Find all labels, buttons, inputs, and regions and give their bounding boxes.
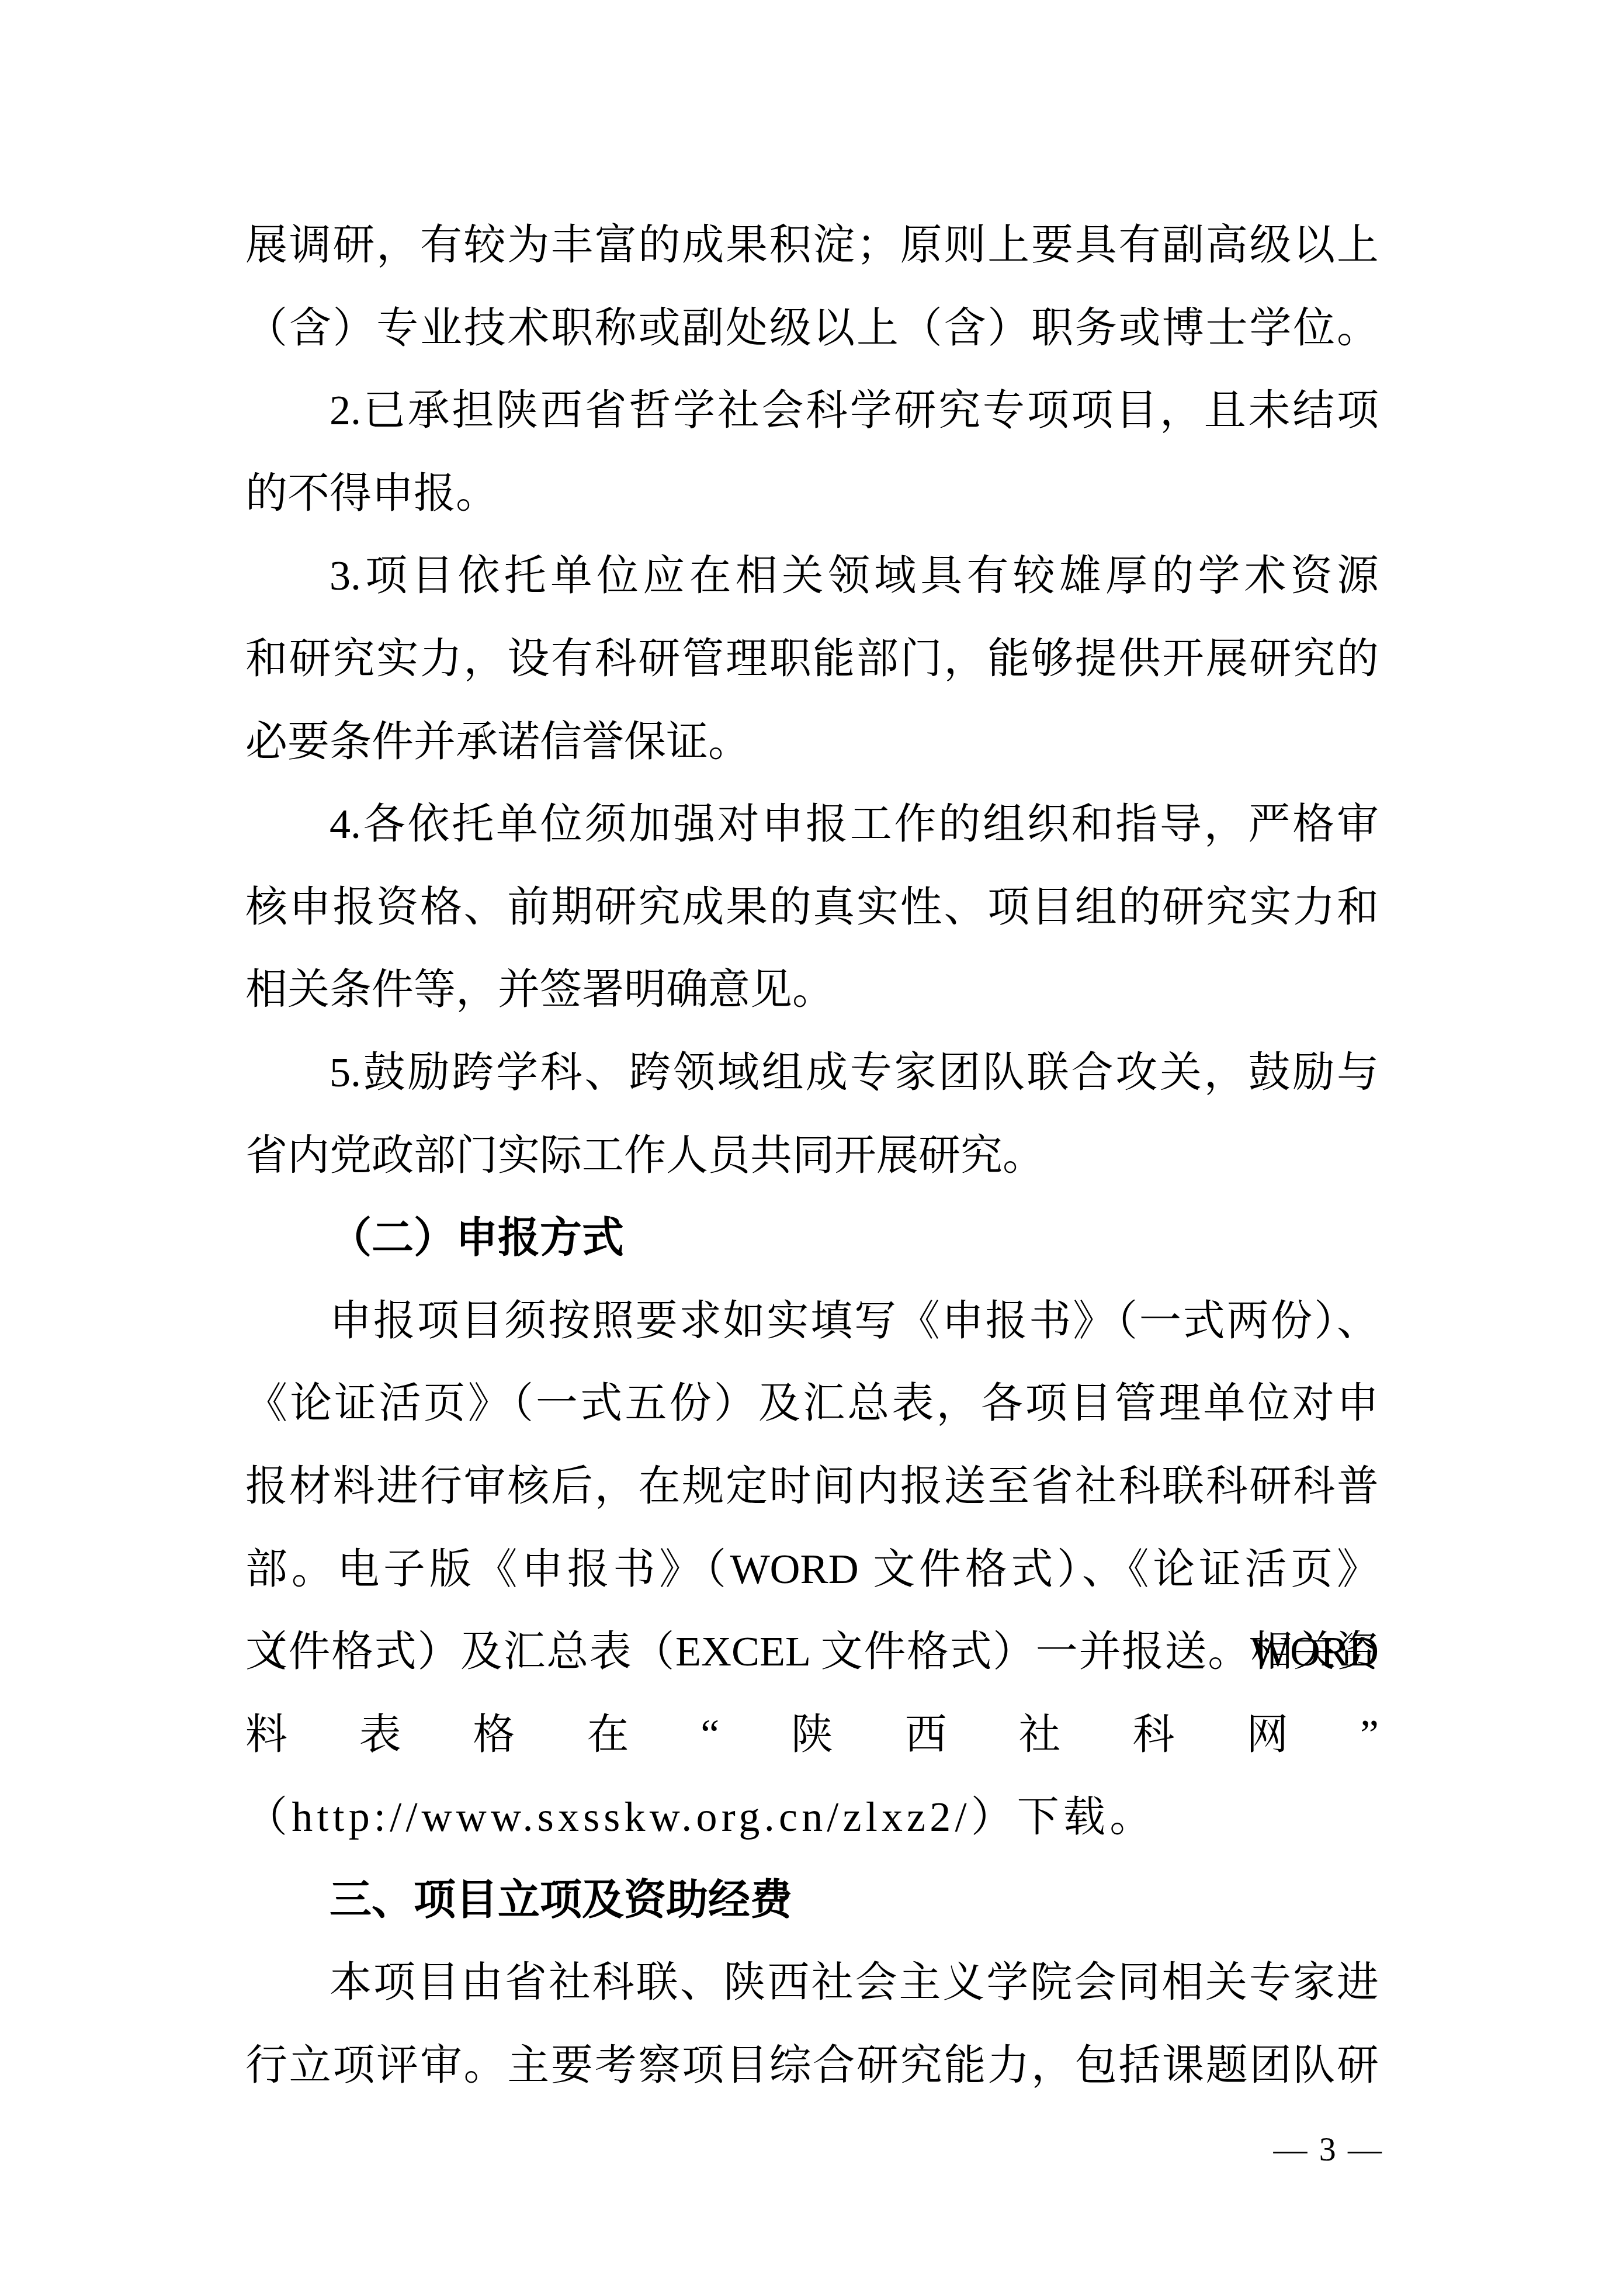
text-line: 文件格式）及汇总表（EXCEL 文件格式）一并报送。相关资 — [245, 1611, 1379, 1694]
text-line: （http://www.sxsskw.org.cn/zlxz2/）下载。 — [245, 1776, 1379, 1859]
text-line: 三、项目立项及资助经费 — [245, 1859, 1379, 1942]
text-line: 行立项评审。主要考察项目综合研究能力，包括课题团队研 — [245, 2024, 1379, 2107]
text-line: 相关条件等，并签署明确意见。 — [245, 948, 1379, 1031]
text-line: 《论证活页》（一式五份）及汇总表，各项目管理单位对申 — [245, 1362, 1379, 1445]
text-block: 展调研，有较为丰富的成果积淀；原则上要具有副高级以上（含）专业技术职称或副处级以… — [245, 204, 1379, 2107]
text-line: 核申报资格、前期研究成果的真实性、项目组的研究实力和 — [245, 866, 1379, 949]
text-line: 和研究实力，设有科研管理职能部门，能够提供开展研究的 — [245, 618, 1379, 701]
text-line: 3.项目依托单位应在相关领域具有较雄厚的学术资源 — [245, 535, 1379, 618]
text-line: （含）专业技术职称或副处级以上（含）职务或博士学位。 — [245, 287, 1379, 370]
text-line: 本项目由省社科联、陕西社会主义学院会同相关专家进 — [245, 1941, 1379, 2024]
text-line: 料表格在“陕西社科网” — [245, 1694, 1379, 1776]
page-number: — 3 — — [1274, 2121, 1384, 2177]
text-line: 展调研，有较为丰富的成果积淀；原则上要具有副高级以上 — [245, 204, 1379, 287]
text-line: 必要条件并承诺信誉保证。 — [245, 701, 1379, 784]
text-line: 4.各依托单位须加强对申报工作的组织和指导，严格审 — [245, 783, 1379, 866]
text-line: 2.已承担陕西省哲学社会科学研究专项项目，且未结项 — [245, 369, 1379, 452]
text-line: 申报项目须按照要求如实填写《申报书》（一式两份）、 — [245, 1280, 1379, 1363]
text-line: 5.鼓励跨学科、跨领域组成专家团队联合攻关，鼓励与 — [245, 1031, 1379, 1114]
text-line: 部。电子版《申报书》（WORD 文件格式）、《论证活页》（WORD — [245, 1528, 1379, 1611]
text-line: 的不得申报。 — [245, 452, 1379, 535]
text-line: （二）申报方式 — [245, 1197, 1379, 1280]
document-page: 展调研，有较为丰富的成果积淀；原则上要具有副高级以上（含）专业技术职称或副处级以… — [0, 0, 1623, 2296]
text-line: 省内党政部门实际工作人员共同开展研究。 — [245, 1114, 1379, 1197]
text-line: 报材料进行审核后，在规定时间内报送至省社科联科研科普 — [245, 1445, 1379, 1528]
